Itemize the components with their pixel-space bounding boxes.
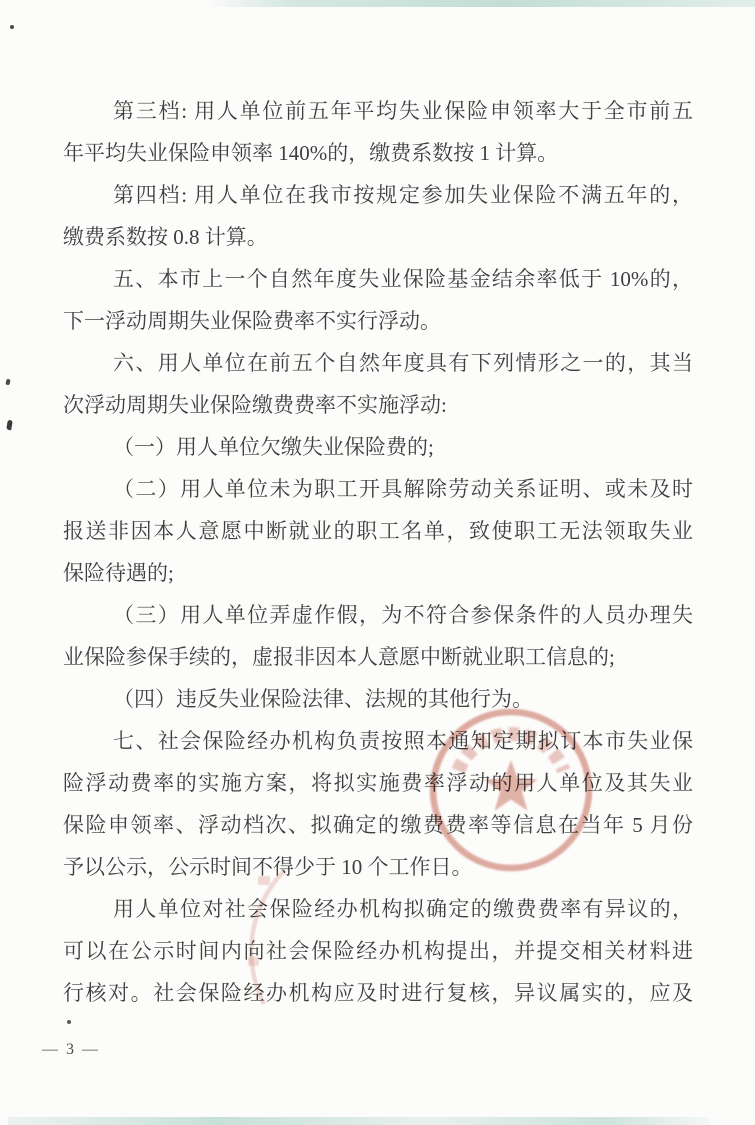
document-body: 第三档: 用人单位前五年平均失业保险申领率大于全市前五年平均失业保险申领率 14…	[63, 90, 693, 1014]
document-line: 下一浮动周期失业保险费率不实行浮动。	[63, 300, 693, 342]
document-line: 行核对。社会保险经办机构应及时进行复核，异议属实的，应及	[63, 972, 693, 1014]
scan-speck	[6, 420, 13, 431]
document-line: （二）用人单位未为职工开具解除劳动关系证明、或未及时	[63, 468, 693, 510]
document-line: 险浮动费率的实施方案，将拟实施费率浮动的用人单位及其失业	[63, 762, 693, 804]
document-line: 业保险参保手续的，虚报非因本人意愿中断就业职工信息的;	[63, 636, 693, 678]
document-line: 年平均失业保险申领率 140%的，缴费系数按 1 计算。	[63, 132, 693, 174]
scan-speck	[10, 25, 14, 29]
document-line: 予以公示，公示时间不得少于 10 个工作日。	[63, 846, 693, 888]
document-line: 报送非因本人意愿中断就业的职工名单，致使职工无法领取失业	[63, 510, 693, 552]
document-line: 保险待遇的;	[63, 552, 693, 594]
document-line: 保险申领率、浮动档次、拟确定的缴费费率等信息在当年 5 月份	[63, 804, 693, 846]
document-line: （四）违反失业保险法律、法规的其他行为。	[63, 678, 693, 720]
document-line: 第三档: 用人单位前五年平均失业保险申领率大于全市前五	[63, 90, 693, 132]
document-line: 六、用人单位在前五个自然年度具有下列情形之一的，其当	[63, 342, 693, 384]
scan-edge-tint-bottom	[8, 1117, 710, 1125]
document-page: 第三档: 用人单位前五年平均失业保险申领率大于全市前五年平均失业保险申领率 14…	[0, 0, 755, 1125]
document-line: 七、社会保险经办机构负责按照本通知定期拟订本市失业保	[63, 720, 693, 762]
document-line: 用人单位对社会保险经办机构拟确定的缴费费率有异议的，	[63, 888, 693, 930]
document-line: 次浮动周期失业保险缴费费率不实施浮动:	[63, 384, 693, 426]
document-line: 五、本市上一个自然年度失业保险基金结余率低于 10%的，	[63, 258, 693, 300]
document-line: 第四档: 用人单位在我市按规定参加失业保险不满五年的，	[63, 174, 693, 216]
document-line: 可以在公示时间内向社会保险经办机构提出，并提交相关材料进	[63, 930, 693, 972]
document-line: （一）用人单位欠缴失业保险费的;	[63, 426, 693, 468]
document-line: 缴费系数按 0.8 计算。	[63, 216, 693, 258]
scan-edge-tint-top	[205, 0, 755, 7]
document-line: （三）用人单位弄虚作假，为不符合参保条件的人员办理失	[63, 594, 693, 636]
scan-speck	[5, 379, 10, 386]
page-number: — 3 —	[42, 1041, 100, 1059]
scan-speck	[67, 1020, 71, 1024]
